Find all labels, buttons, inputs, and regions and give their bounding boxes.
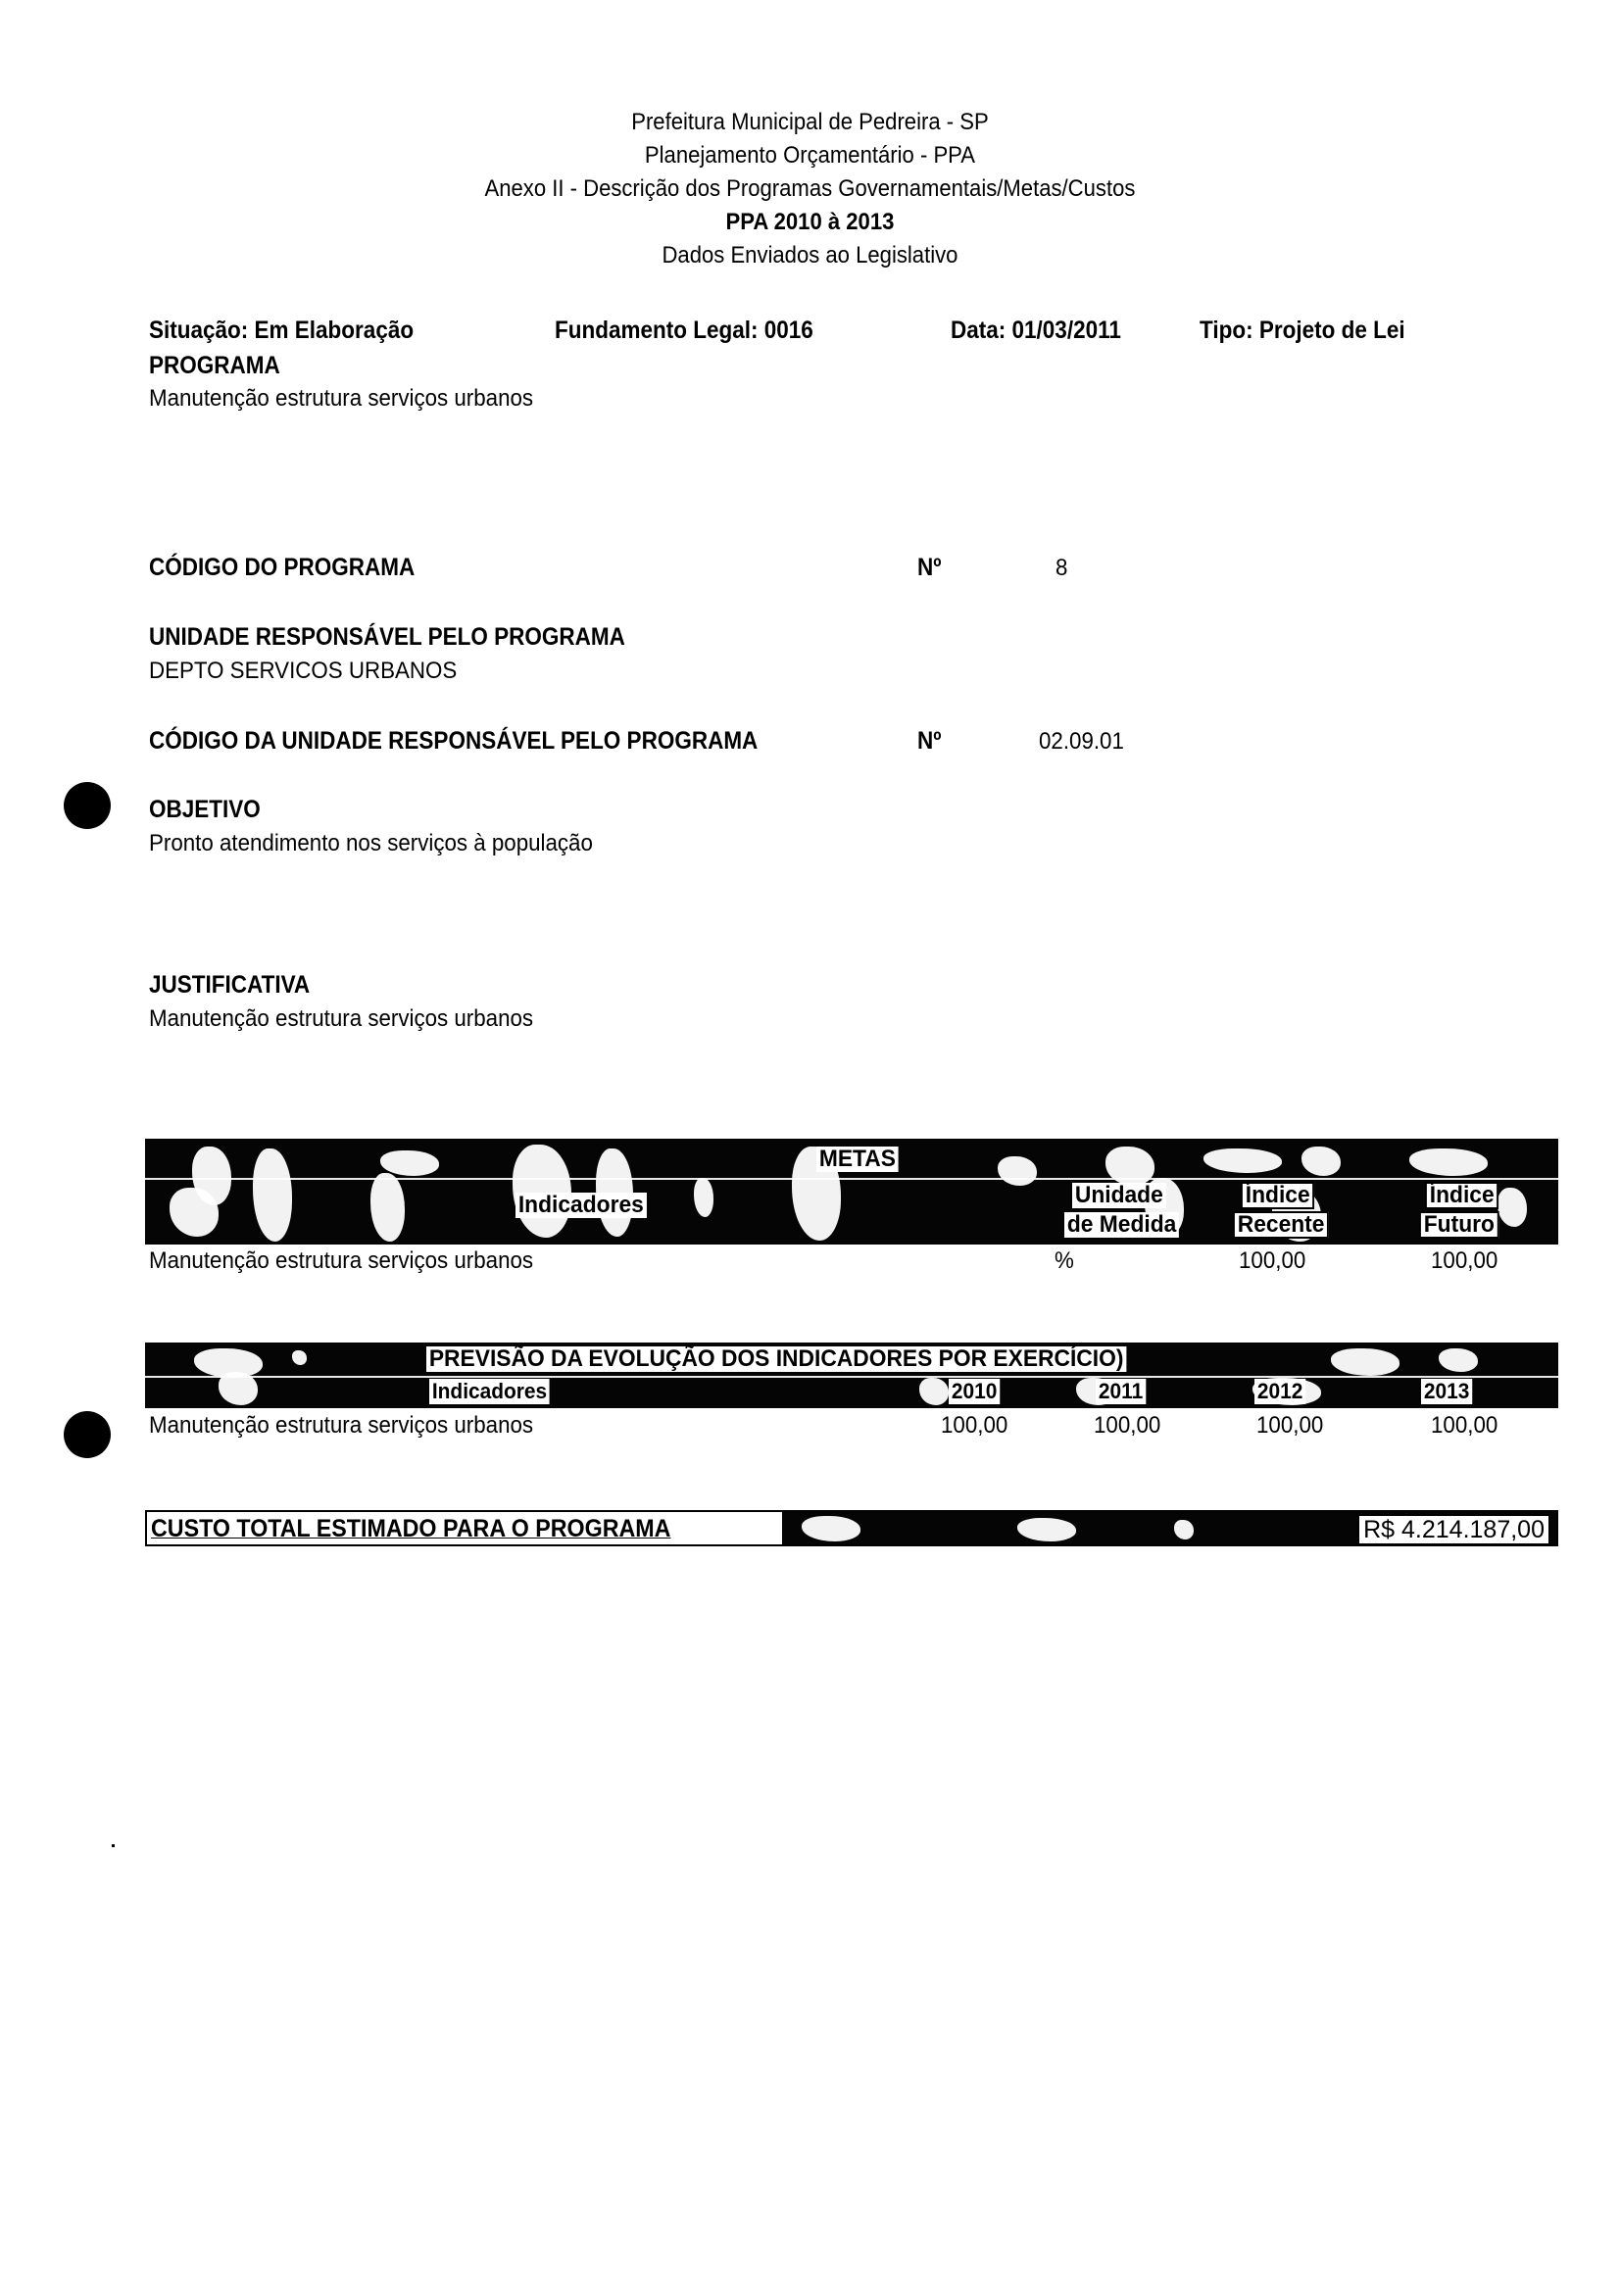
- previsao-row-2013: 100,00: [1431, 1411, 1497, 1441]
- status-tipo: Tipo: Projeto de Lei: [1200, 316, 1405, 345]
- metas-col-unidade-line2: de Medida: [1064, 1212, 1179, 1238]
- status-fundamento-legal: Fundamento Legal: 0016: [555, 316, 813, 345]
- metas-col-unidade-line1: Unidade: [1072, 1183, 1166, 1208]
- metas-col-indicadores: Indicadores: [515, 1193, 647, 1218]
- custo-total-bar: CUSTO TOTAL ESTIMADO PARA O PROGRAMA R$ …: [145, 1510, 1558, 1546]
- metas-col-recente-line1: Índice: [1241, 1182, 1314, 1209]
- header-municipality: Prefeitura Municipal de Pedreira - SP: [65, 108, 1555, 137]
- previsao-row-2010: 100,00: [941, 1411, 1007, 1441]
- header-ppa-period: PPA 2010 à 2013: [65, 208, 1555, 237]
- metas-title: METAS: [816, 1147, 899, 1172]
- previsao-row-indicador: Manutenção estrutura serviços urbanos: [149, 1411, 533, 1441]
- codigo-unidade-value: 02.09.01: [1039, 727, 1124, 757]
- header-annex: Anexo II - Descrição dos Programas Gover…: [65, 174, 1555, 204]
- metas-col-futuro-line2: Futuro: [1419, 1211, 1499, 1239]
- previsao-col-2013: 2013: [1421, 1379, 1472, 1404]
- metas-row-indice-recente: 100,00: [1239, 1246, 1305, 1276]
- unidade-responsavel-label: UNIDADE RESPONSÁVEL PELO PROGRAMA: [149, 622, 625, 652]
- codigo-unidade-num-label: Nº: [917, 726, 941, 756]
- metas-col-futuro-line1: Índice: [1425, 1182, 1498, 1209]
- custo-total-label: CUSTO TOTAL ESTIMADO PARA O PROGRAMA: [151, 1514, 670, 1543]
- codigo-programa-value: 8: [1055, 554, 1067, 583]
- previsao-row-2011: 100,00: [1094, 1411, 1160, 1441]
- header-sent-to-legislative: Dados Enviados ao Legislativo: [65, 241, 1555, 270]
- programa-value: Manutenção estrutura serviços urbanos: [149, 384, 533, 414]
- status-data: Data: 01/03/2011: [951, 316, 1121, 345]
- status-situacao: Situação: Em Elaboração: [149, 316, 414, 345]
- metas-table-header: METAS Indicadores Unidade de Medida Índi…: [145, 1139, 1558, 1245]
- custo-total-value: R$ 4.214.187,00: [1357, 1514, 1550, 1545]
- hole-punch-mark: [64, 1411, 111, 1458]
- scan-speck: [112, 1844, 115, 1847]
- previsao-col-2012: 2012: [1254, 1379, 1305, 1404]
- metas-row-unidade: %: [1055, 1246, 1074, 1276]
- previsao-col-indicadores: Indicadores: [429, 1379, 550, 1404]
- hole-punch-mark: [64, 782, 111, 829]
- justificativa-label: JUSTIFICATIVA: [149, 970, 310, 1000]
- header-planning: Planejamento Orçamentário - PPA: [65, 141, 1555, 171]
- objetivo-label: OBJETIVO: [149, 795, 261, 824]
- programa-label: PROGRAMA: [149, 351, 280, 380]
- previsao-row-2012: 100,00: [1256, 1411, 1323, 1441]
- metas-col-recente-line2: Recente: [1233, 1211, 1329, 1239]
- metas-row-indicador: Manutenção estrutura serviços urbanos: [149, 1246, 533, 1276]
- previsao-title: PREVISÃO DA EVOLUÇÃO DOS INDICADORES POR…: [426, 1346, 1126, 1372]
- previsao-table-header: PREVISÃO DA EVOLUÇÃO DOS INDICADORES POR…: [145, 1343, 1558, 1408]
- codigo-programa-num-label: Nº: [917, 553, 941, 582]
- objetivo-value: Pronto atendimento nos serviços à popula…: [149, 829, 593, 858]
- codigo-unidade-label: CÓDIGO DA UNIDADE RESPONSÁVEL PELO PROGR…: [149, 726, 758, 756]
- metas-row-indice-futuro: 100,00: [1431, 1246, 1497, 1276]
- previsao-col-2010: 2010: [949, 1379, 1000, 1404]
- justificativa-value: Manutenção estrutura serviços urbanos: [149, 1004, 533, 1034]
- codigo-programa-label: CÓDIGO DO PROGRAMA: [149, 553, 415, 582]
- unidade-responsavel-value: DEPTO SERVICOS URBANOS: [149, 657, 457, 686]
- previsao-col-2011: 2011: [1096, 1379, 1146, 1404]
